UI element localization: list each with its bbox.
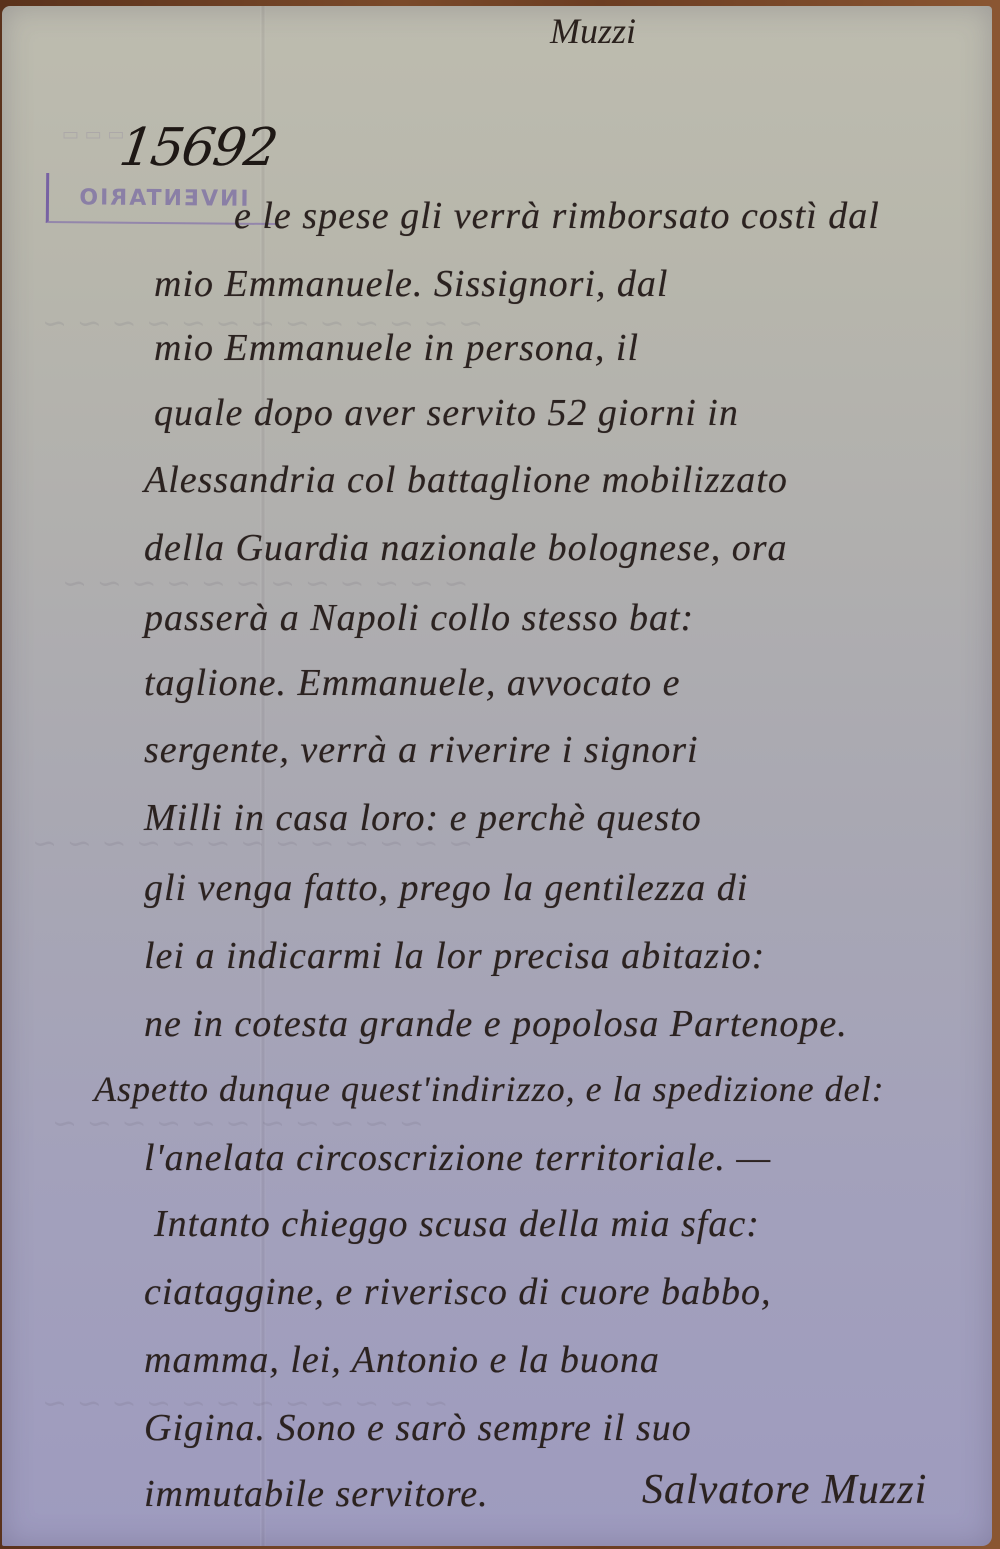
signature: Salvatore Muzzi: [2, 1466, 992, 1514]
letter-line-9: sergente, verrà a riverire i signori: [2, 728, 992, 772]
letter-line-1: e le spese gli verrà rimborsato costì da…: [2, 194, 992, 238]
archive-number: 15692: [116, 118, 280, 178]
letter-line-4: quale dopo aver servito 52 giorni in: [2, 391, 992, 435]
letter-line-14: Aspetto dunque quest'indirizzo, e la spe…: [2, 1068, 992, 1110]
letter-line-6: della Guardia nazionale bolognese, ora: [2, 526, 992, 570]
letter-line-2: mio Emmanuele. Sissignori, dal: [2, 262, 992, 306]
letter-line-18: mamma, lei, Antonio e la buona: [2, 1338, 992, 1382]
letter-line-13: ne in cotesta grande e popolosa Partenop…: [2, 1002, 992, 1046]
letter-line-11: gli venga fatto, prego la gentilezza di: [2, 866, 992, 910]
letter-line-7: passerà a Napoli collo stesso bat:: [2, 596, 992, 640]
letter-line-10: Milli in casa loro: e perchè questo: [2, 796, 992, 840]
letter-line-16: Intanto chieggo scusa della mia sfac:: [2, 1202, 992, 1246]
letter-page: ~ ~ ~ ~ ~ ~ ~ ~ ~ ~ ~ ~ ~ ~ ~ ~ ~ ~ ~ ~ …: [2, 6, 992, 1546]
top-reference-note: Muzzi: [550, 10, 636, 52]
letter-line-19: Gigina. Sono e sarò sempre il suo: [2, 1406, 992, 1450]
letter-line-15: l'anelata circoscrizione territoriale. —: [2, 1136, 992, 1180]
letter-line-12: lei a indicarmi la lor precisa abitazio:: [2, 934, 992, 978]
letter-line-17: ciataggine, e riverisco di cuore babbo,: [2, 1270, 992, 1314]
letter-line-3: mio Emmanuele in persona, il: [2, 326, 992, 370]
letter-line-5: Alessandria col battaglione mobilizzato: [2, 458, 992, 502]
letter-line-8: taglione. Emmanuele, avvocato e: [2, 661, 992, 705]
